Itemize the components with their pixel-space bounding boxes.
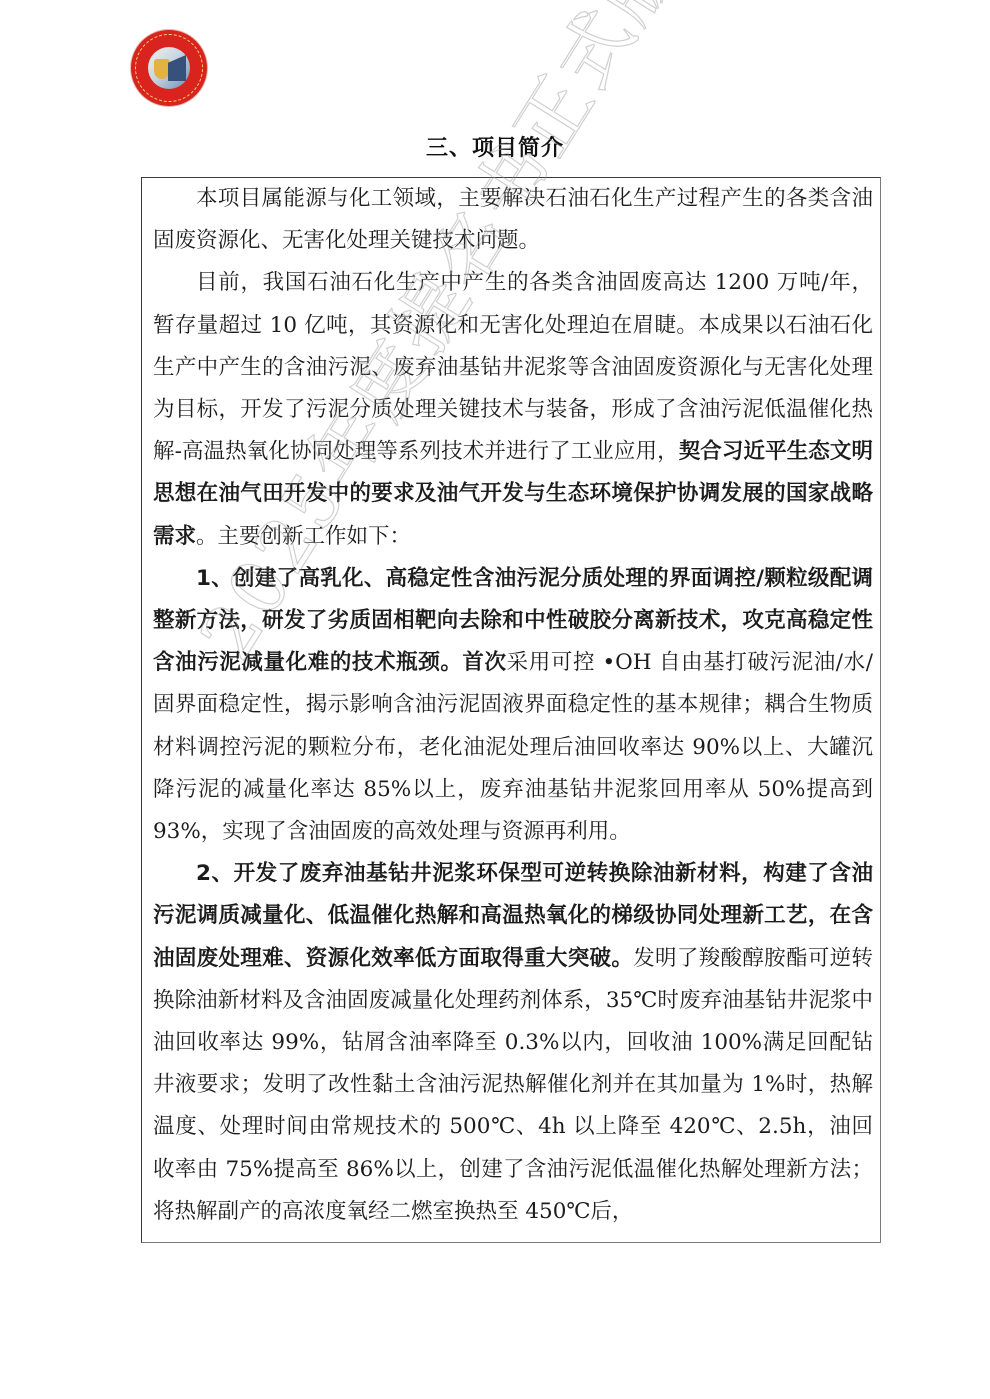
paragraph-innovation-1: 1、创建了高乳化、高稳定性含油污泥分质处理的界面调控/颗粒级配调整新方法，研发了… bbox=[153, 558, 873, 853]
paragraph-intro: 本项目属能源与化工领域，主要解决石油石化生产过程产生的各类含油固废资源化、无害化… bbox=[153, 178, 873, 262]
text-segment: 采用可控 •OH 自由基打破污泥油/水/固界面稳定性，揭示影响含油污泥固液界面稳… bbox=[153, 650, 873, 844]
text-segment: 发明了羧酸醇胺酯可逆转换除油新材料及含油固废减量化处理药剂体系，35℃时废弃油基… bbox=[153, 946, 873, 1224]
project-summary-text: 本项目属能源与化工领域，主要解决石油石化生产过程产生的各类含油固废资源化、无害化… bbox=[153, 178, 873, 1233]
text-segment: 目前，我国石油石化生产中产生的各类含油固废高达 1200 万吨/年，暂存量超过 … bbox=[153, 270, 873, 464]
text-segment: 本项目属能源与化工领域，主要解决石油石化生产过程产生的各类含油固废资源化、无害化… bbox=[153, 186, 873, 253]
paragraph-innovation-2: 2、开发了废弃油基钻井泥浆环保型可逆转换除油新材料，构建了含油污泥调质减量化、低… bbox=[153, 853, 873, 1233]
seal-logo bbox=[131, 30, 207, 106]
text-segment: 。主要创新工作如下： bbox=[196, 524, 411, 549]
section-title: 三、项目简介 bbox=[0, 131, 990, 162]
paragraph-background: 目前，我国石油石化生产中产生的各类含油固废高达 1200 万吨/年，暂存量超过 … bbox=[153, 262, 873, 557]
building-icon bbox=[168, 55, 186, 81]
trophy-icon bbox=[154, 59, 170, 79]
seal-emblem-image bbox=[148, 47, 190, 89]
project-summary-box: 本项目属能源与化工领域，主要解决石油石化生产过程产生的各类含油固废资源化、无害化… bbox=[141, 177, 881, 1243]
